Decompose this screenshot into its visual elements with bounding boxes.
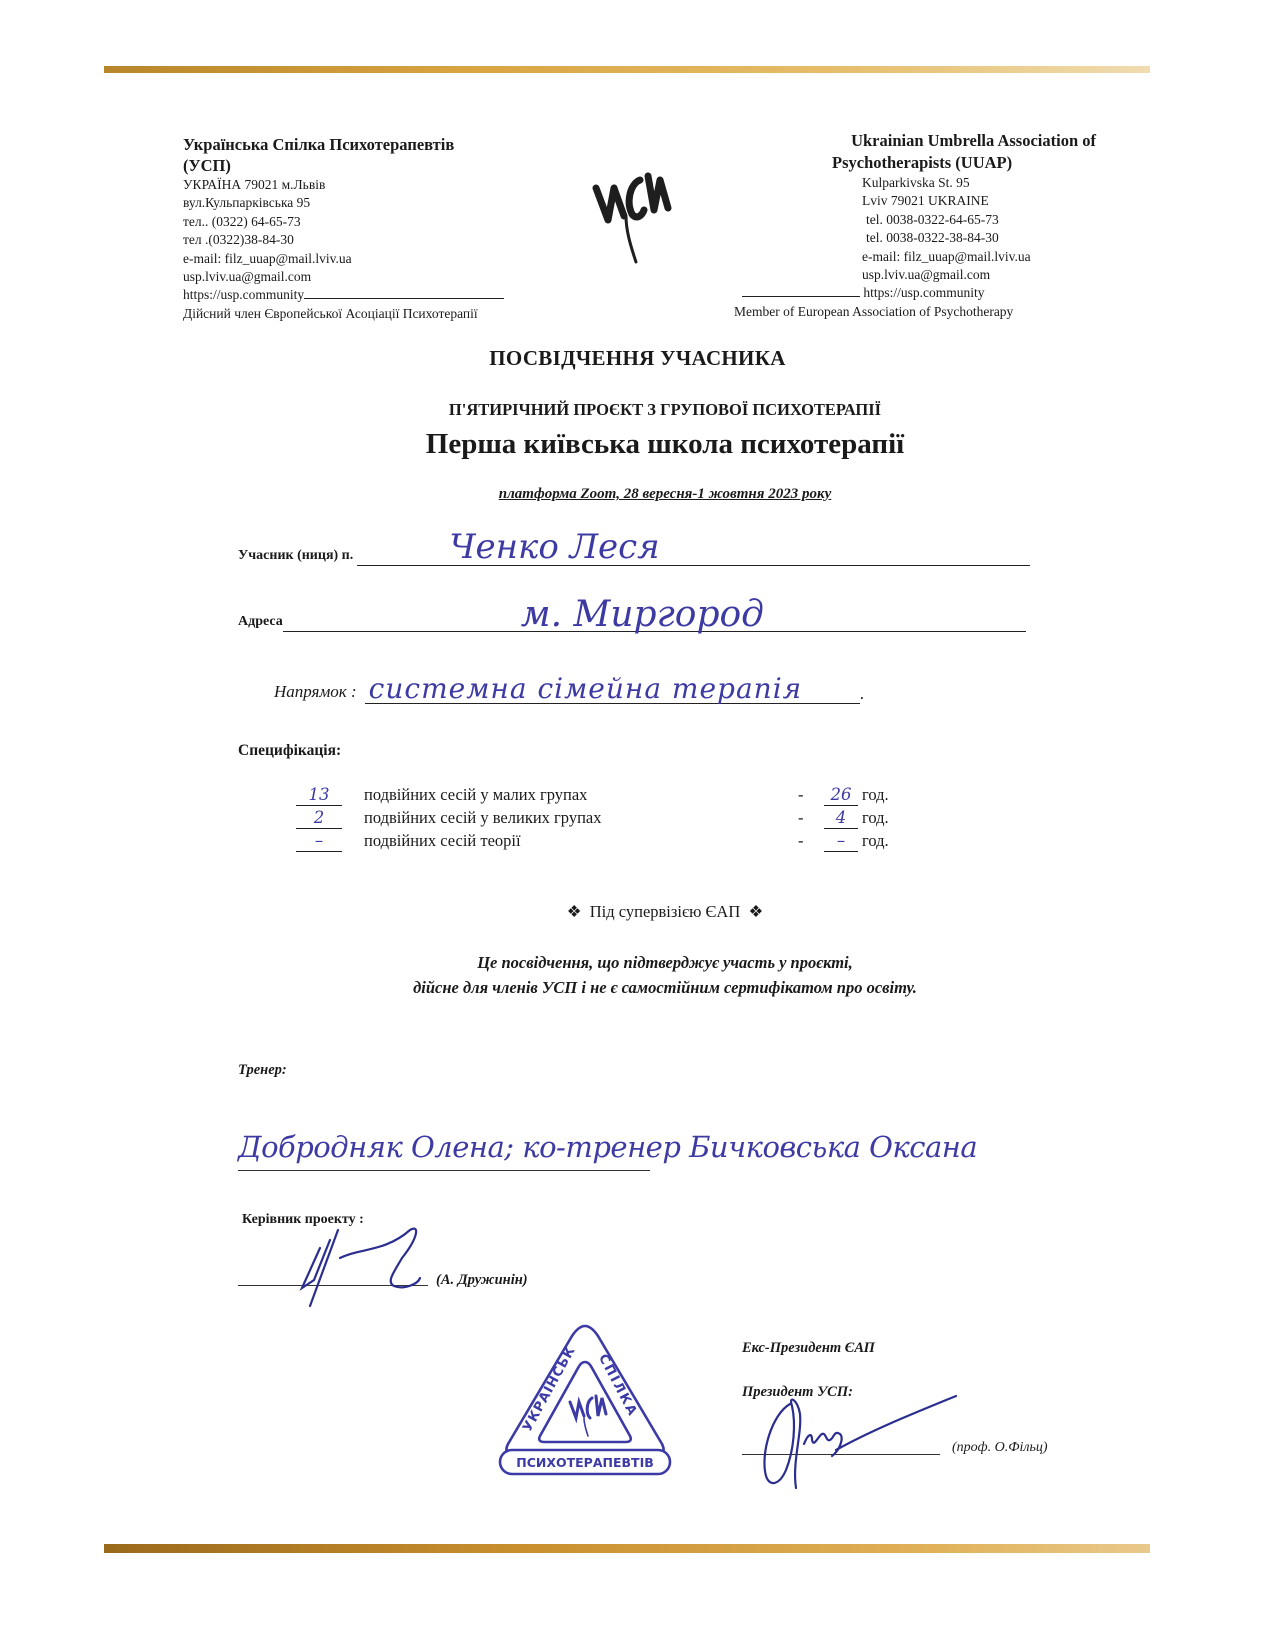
spec-hours: – xyxy=(824,831,858,852)
spec-dash: - xyxy=(798,808,804,828)
supervision-text: Під супервізією ЄАП xyxy=(590,902,741,921)
address-line: УКРАЇНА 79021 м.Львів xyxy=(183,176,553,194)
ornament-icon: ❖ xyxy=(567,902,582,921)
phone-line: тел.. (0322) 64-65-73 xyxy=(183,213,553,231)
project-title: П'ЯТИРІЧНИЙ ПРОЄКТ З ГРУПОВОЇ ПСИХОТЕРАП… xyxy=(0,400,1275,420)
phone-line: tel. 0038-0322-38-84-30 xyxy=(740,229,1100,247)
supervision-line: ❖ Під супервізією ЄАП ❖ xyxy=(0,902,1275,922)
trainer-value: Добродняк Олена; ко-тренер Бичковська Ок… xyxy=(238,1130,977,1164)
email-line: usp.lviv.ua@gmail.com xyxy=(183,268,553,286)
address-line: Lviv 79021 UKRAINE xyxy=(740,192,1100,210)
svg-text:ПСИХОТЕРАПЕВТІВ: ПСИХОТЕРАПЕВТІВ xyxy=(516,1455,654,1470)
website-link[interactable]: https://usp.community xyxy=(183,287,304,302)
trainer-label: Тренер: xyxy=(238,1062,287,1079)
org-name-en-2: Psychotherapists (UUAP) xyxy=(740,152,1100,174)
top-border-band xyxy=(104,66,1150,73)
specification-title: Специфікація: xyxy=(238,742,341,760)
spec-row: 2 подвійних сесій у великих групах - 4 г… xyxy=(296,808,906,830)
school-title: Перша київська школа психотерапії xyxy=(0,428,1275,461)
spec-count: 13 xyxy=(296,785,342,806)
address-label: Адреса xyxy=(238,614,283,632)
header-rule xyxy=(304,298,504,299)
email-line: e-mail: filz_uuap@mail.lviv.ua xyxy=(740,248,1100,266)
usp-logo-icon xyxy=(590,158,700,268)
spec-description: подвійних сесій теорії xyxy=(364,831,521,851)
phone-line: tel. 0038-0322-64-65-73 xyxy=(740,211,1100,229)
ex-president-title: Екс-Президент ЄАП xyxy=(742,1340,875,1357)
platform-dates: платформа Zoom, 28 вересня-1 жовтня 2023… xyxy=(0,486,1275,503)
spec-row: – подвійних сесій теорії - – год. xyxy=(296,831,906,853)
svg-text:УКРАЇНСЬКА: УКРАЇНСЬКА xyxy=(490,1318,579,1434)
official-stamp-icon: УКРАЇНСЬКА СПІЛКА ПСИХОТЕРАПЕВТІВ xyxy=(490,1318,680,1478)
note-line-2: дійсне для членів УСП і не є самостійним… xyxy=(0,975,1275,1000)
project-lead-name: (А. Дружинін) xyxy=(436,1272,528,1289)
note-line-1: Це посвідчення, що підтверджує участь у … xyxy=(0,950,1275,975)
ornament-icon: ❖ xyxy=(749,902,764,921)
membership-en: Member of European Association of Psycho… xyxy=(734,303,1100,321)
participant-field: Учасник (ниця) п. Ченко Леся xyxy=(238,522,1030,566)
email-line: e-mail: filz_uuap@mail.lviv.ua xyxy=(183,250,553,268)
spec-description: подвійних сесій у великих групах xyxy=(364,808,602,828)
spec-description: подвійних сесій у малих групах xyxy=(364,785,587,805)
direction-label: Напрямок : xyxy=(274,682,357,704)
president-name: (проф. О.Фільц) xyxy=(952,1440,1048,1456)
email-line: usp.lviv.ua@gmail.com xyxy=(740,266,1100,284)
header-rule xyxy=(742,296,860,297)
president-signature-icon xyxy=(752,1384,962,1494)
spec-count: 2 xyxy=(296,808,342,829)
certificate-note: Це посвідчення, що підтверджує участь у … xyxy=(0,950,1275,1000)
project-lead-signature-icon xyxy=(290,1218,440,1308)
spec-dash: - xyxy=(798,785,804,805)
bottom-border-band xyxy=(104,1544,1150,1553)
direction-field: Напрямок : системна сімейна терапія . xyxy=(274,664,864,704)
header-left: Українська Спілка Психотерапевтів (УСП) … xyxy=(183,134,553,323)
org-name-ua: Українська Спілка Психотерапевтів xyxy=(183,134,553,155)
membership-ua: Дійсний член Європейської Асоціації Псих… xyxy=(183,305,553,323)
org-name-en: Ukrainian Umbrella Association of xyxy=(740,130,1100,152)
spec-count: – xyxy=(296,831,342,852)
org-abbr-ua: (УСП) xyxy=(183,155,553,176)
spec-hours: 26 xyxy=(824,785,858,806)
trainer-underline xyxy=(238,1170,650,1171)
address-line: Kulparkivska St. 95 xyxy=(740,174,1100,192)
address-value: м. Миргород xyxy=(521,594,764,635)
address-field: Адреса м. Миргород xyxy=(238,586,1026,632)
participant-label: Учасник (ниця) п. xyxy=(238,548,353,566)
spec-unit: год. xyxy=(862,808,889,828)
phone-line: тел .(0322)38-84-30 xyxy=(183,231,553,249)
direction-value: системна сімейна терапія xyxy=(369,672,803,705)
header-right: Ukrainian Umbrella Association of Psycho… xyxy=(740,130,1100,321)
direction-period: . xyxy=(860,684,864,704)
spec-row: 13 подвійних сесій у малих групах - 26 г… xyxy=(296,785,906,807)
spec-dash: - xyxy=(798,831,804,851)
website-link[interactable]: https://usp.community xyxy=(863,285,984,300)
document-title: ПОСВІДЧЕННЯ УЧАСНИКА xyxy=(0,346,1275,371)
address-line: вул.Кульпарківська 95 xyxy=(183,194,553,212)
spec-unit: год. xyxy=(862,831,889,851)
spec-hours: 4 xyxy=(824,808,858,829)
spec-unit: год. xyxy=(862,785,889,805)
participant-value: Ченко Леся xyxy=(449,527,659,567)
